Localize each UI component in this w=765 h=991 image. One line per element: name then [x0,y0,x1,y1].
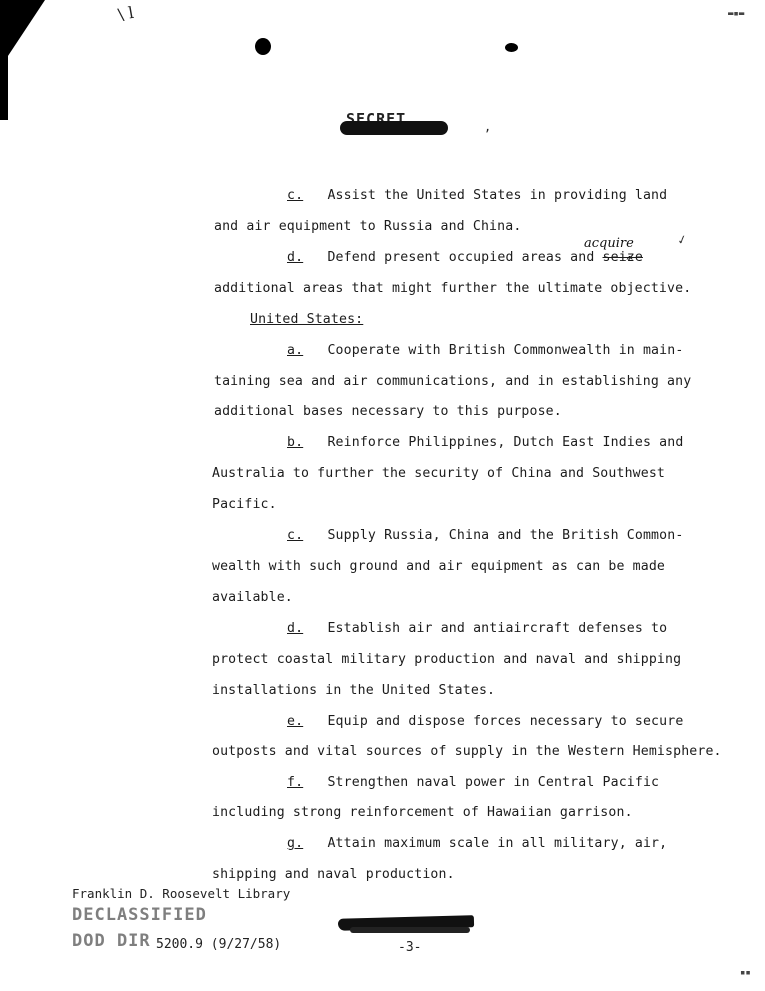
paragraph-d-line-1: d. Defend present occupied areas and sei… [287,250,643,265]
paragraph-b-line-2: Australia to further the security of Chi… [212,466,665,481]
paragraph-a-line-2: taining sea and air communications, and … [214,374,691,389]
redaction-bar [340,121,448,135]
paragraph-a-line-1: a. Cooperate with British Commonwealth i… [287,343,683,358]
paragraph-b-line-3: Pacific. [212,497,277,512]
paragraph-f-line-2: including strong reinforcement of Hawaii… [212,805,633,820]
scan-mark-top-right: ▬▪▬ [728,9,744,19]
stamp-tick-mark: , [484,120,491,134]
library-stamp: Franklin D. Roosevelt Library [72,886,290,901]
section-heading-united-states: United States: [250,312,363,327]
scan-mark-bottom-right: ▪▪ [740,968,751,978]
paragraph-e-line-1: e. Equip and dispose forces necessary to… [287,714,683,729]
paragraph-d-line-2: additional areas that might further the … [214,281,691,296]
paragraph-c2-line-2: wealth with such ground and air equipmen… [212,559,665,574]
bottom-redaction-bar-lower [350,927,470,933]
paragraph-d2-line-2: protect coastal military production and … [212,652,681,667]
paragraph-a-line-3: additional bases necessary to this purpo… [214,404,562,419]
dod-directive-stamp: DOD DIR [72,931,151,951]
paragraph-g-line-1: g. Attain maximum scale in all military,… [287,836,667,851]
paragraph-b-line-1: b. Reinforce Philippines, Dutch East Ind… [287,435,683,450]
check-mark: ✓ [676,231,688,249]
dod-directive-reference: 5200.9 (9/27/58) [156,937,281,952]
margin-handwritten-mark: \ l [116,3,135,24]
struck-word: seize [603,250,643,265]
paragraph-g-line-2: shipping and naval production. [212,867,455,882]
classification-stamp: SECRET [340,110,448,136]
paragraph-c2-line-3: available. [212,590,293,605]
document-page: \ l ▬▪▬ SECRET , c. Assist the United St… [0,0,765,991]
declassified-stamp: DECLASSIFIED [72,905,207,925]
paragraph-f-line-1: f. Strengthen naval power in Central Pac… [287,775,659,790]
folded-corner [0,0,45,68]
punch-hole-right [505,43,518,52]
punch-hole-left [255,38,271,55]
handwritten-insertion: acquire [584,236,634,251]
paragraph-d2-line-3: installations in the United States. [212,683,495,698]
paragraph-d2-line-1: d. Establish air and antiaircraft defens… [287,621,667,636]
paragraph-c-line-2: and air equipment to Russia and China. [214,219,521,234]
paragraph-c2-line-1: c. Supply Russia, China and the British … [287,528,683,543]
paragraph-e-line-2: outposts and vital sources of supply in … [212,744,722,759]
page-number: -3- [398,940,421,955]
insertion-caret: ^ [626,254,633,268]
paragraph-c-line-1: c. Assist the United States in providing… [287,188,667,203]
